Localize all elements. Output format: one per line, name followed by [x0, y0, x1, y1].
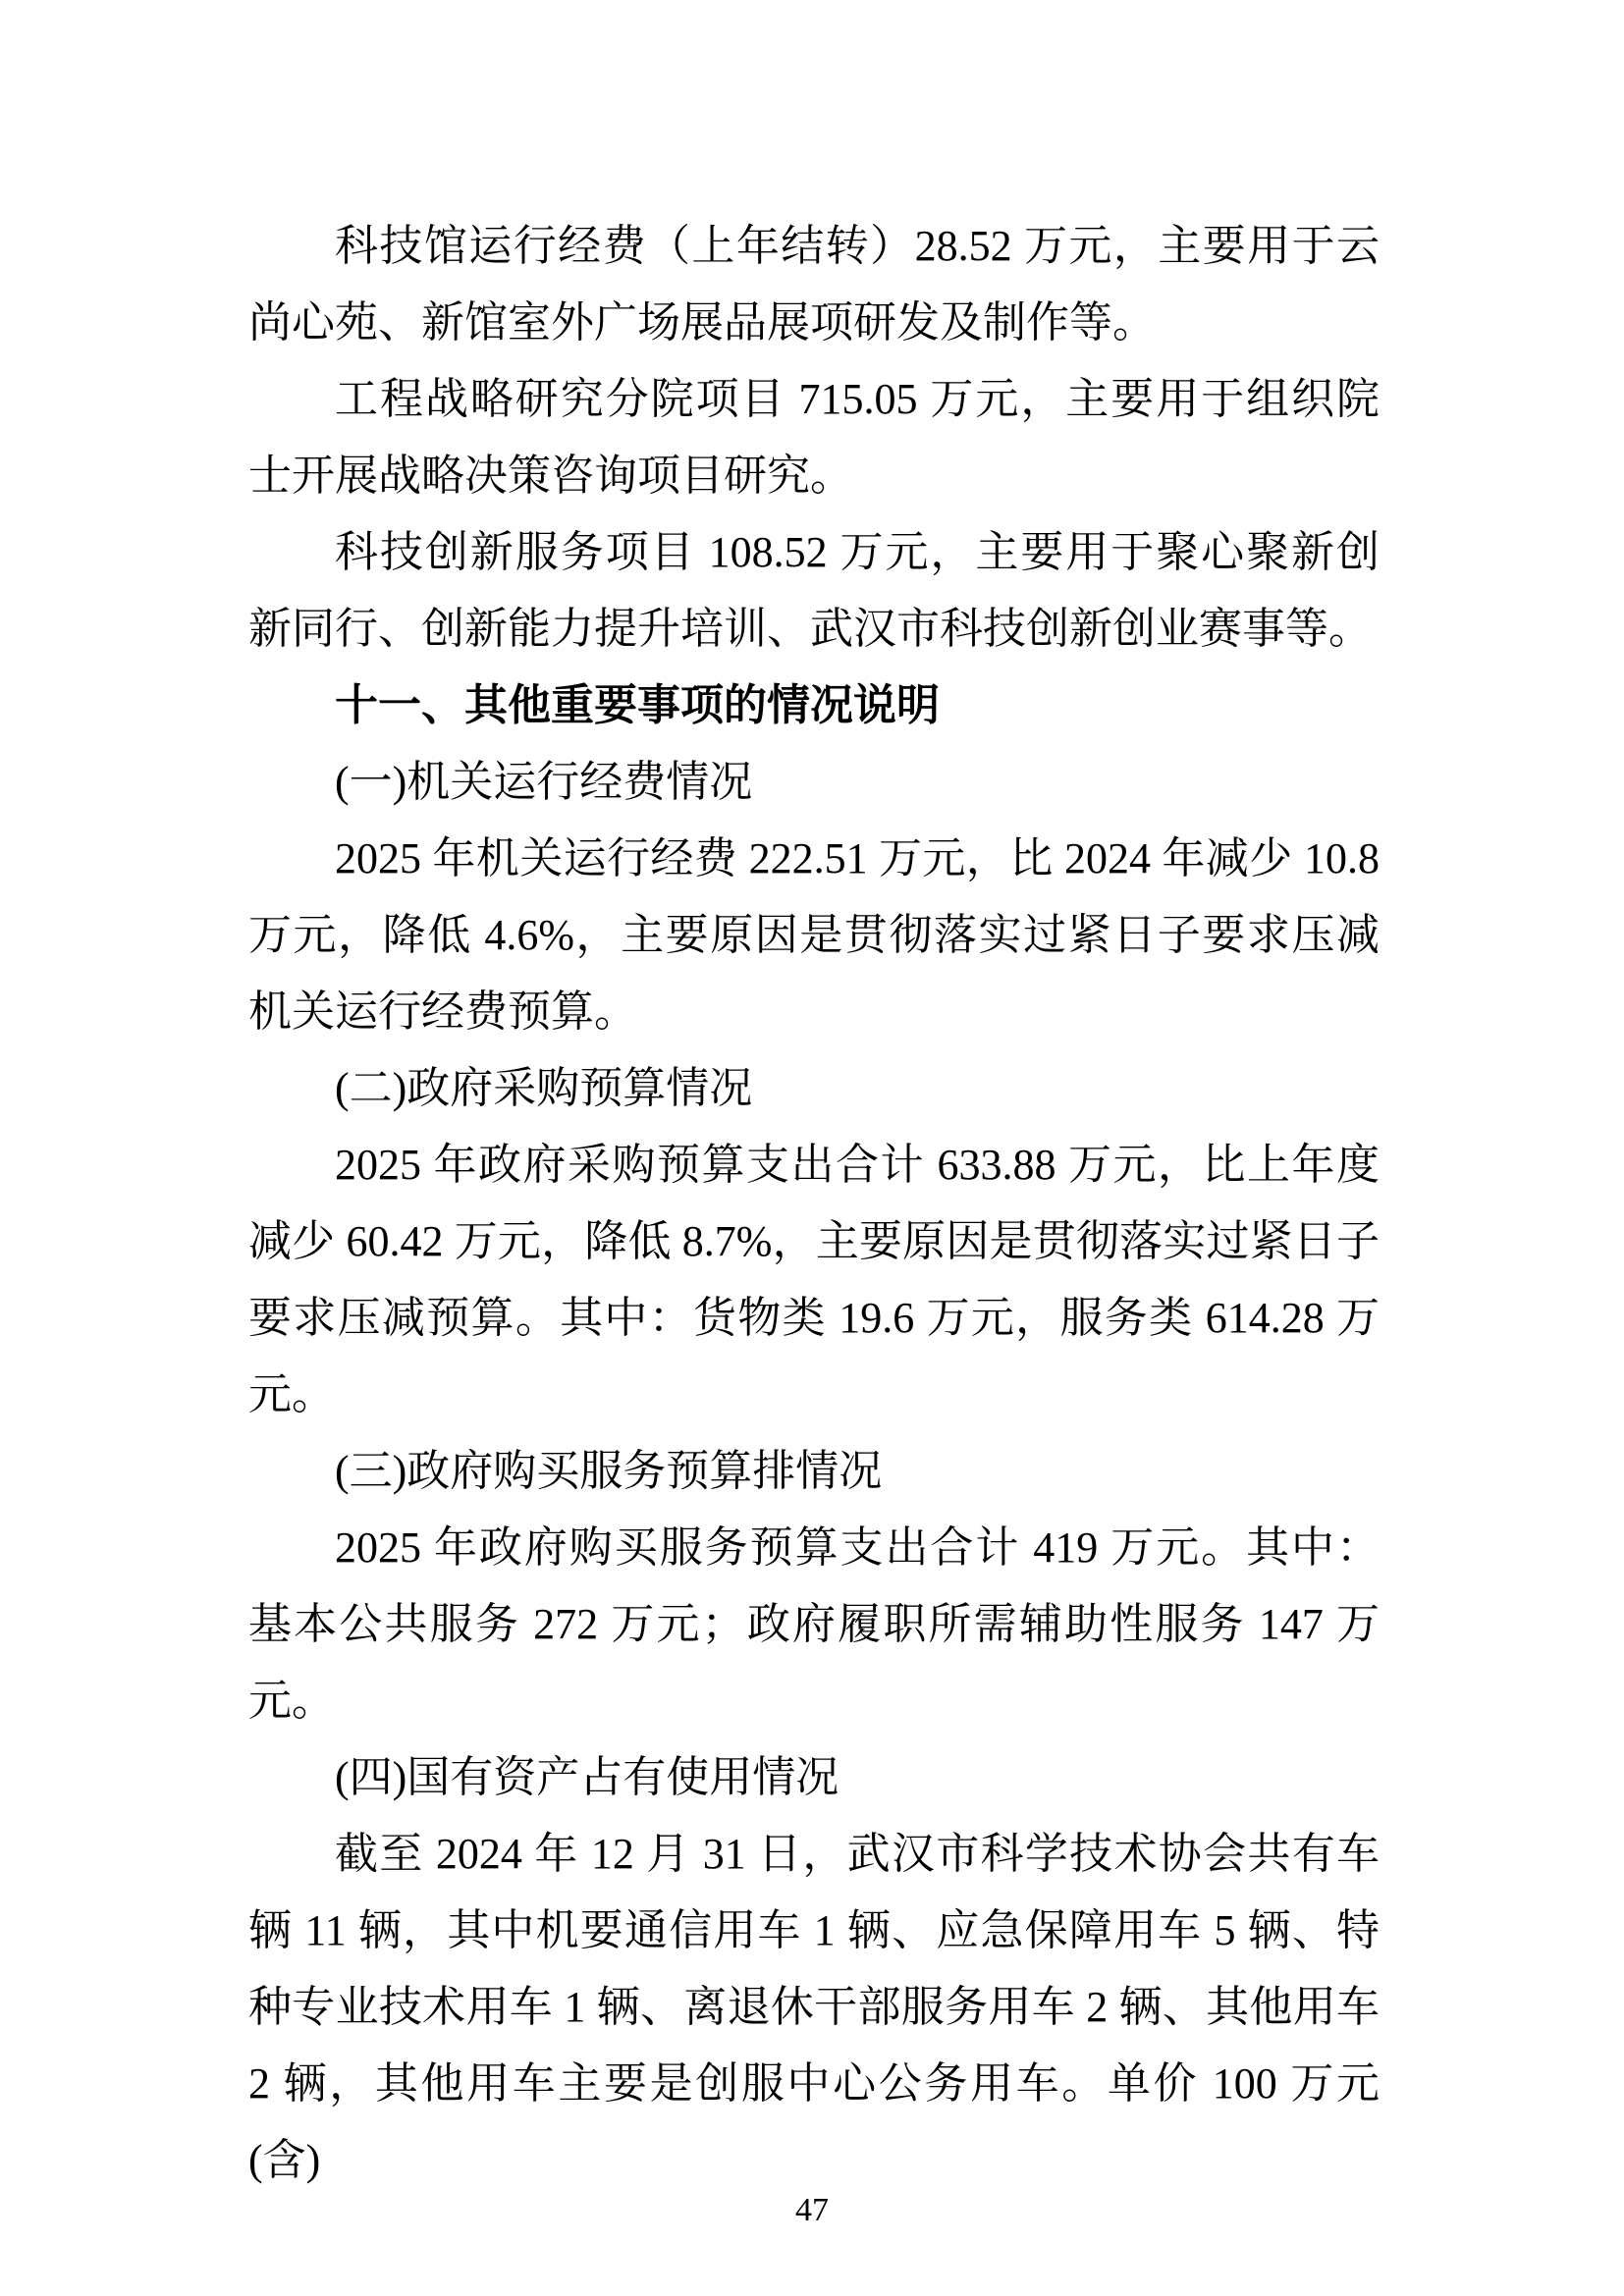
subheading-one-jiguan-yunxing: (一)机关运行经费情况 — [248, 744, 1380, 821]
paragraph-zhengfu-caigou-detail: 2025 年政府采购预算支出合计 633.88 万元，比上年度减少 60.42 … — [248, 1127, 1380, 1433]
paragraph-jiguan-yunxing-detail: 2025 年机关运行经费 222.51 万元，比 2024 年减少 10.8 万… — [248, 821, 1380, 1050]
page-number: 47 — [0, 2191, 1624, 2230]
subheading-two-zhengfu-caigou: (二)政府采购预算情况 — [248, 1050, 1380, 1127]
paragraph-goumai-fuwu-detail: 2025 年政府购买服务预算支出合计 419 万元。其中：基本公共服务 272 … — [248, 1510, 1380, 1739]
subheading-four-guoyou-zichan: (四)国有资产占有使用情况 — [248, 1739, 1380, 1816]
document-page: 科技馆运行经费（上年结转）28.52 万元，主要用于云尚心苑、新馆室外广场展品展… — [0, 0, 1624, 2296]
document-body: 科技馆运行经费（上年结转）28.52 万元，主要用于云尚心苑、新馆室外广场展品展… — [248, 208, 1380, 2199]
paragraph-keji-chuangxin: 科技创新服务项目 108.52 万元，主要用于聚心聚新创新同行、创新能力提升培训… — [248, 514, 1380, 667]
paragraph-gongcheng-zhanlue: 工程战略研究分院项目 715.05 万元，主要用于组织院士开展战略决策咨询项目研… — [248, 361, 1380, 514]
paragraph-keji-guan-funds: 科技馆运行经费（上年结转）28.52 万元，主要用于云尚心苑、新馆室外广场展品展… — [248, 208, 1380, 361]
paragraph-guoyou-zichan-detail: 截至 2024 年 12 月 31 日，武汉市科学技术协会共有车辆 11 辆，其… — [248, 1816, 1380, 2199]
section-heading-eleven: 十一、其他重要事项的情况说明 — [248, 667, 1380, 744]
subheading-three-goumai-fuwu: (三)政府购买服务预算排情况 — [248, 1433, 1380, 1510]
